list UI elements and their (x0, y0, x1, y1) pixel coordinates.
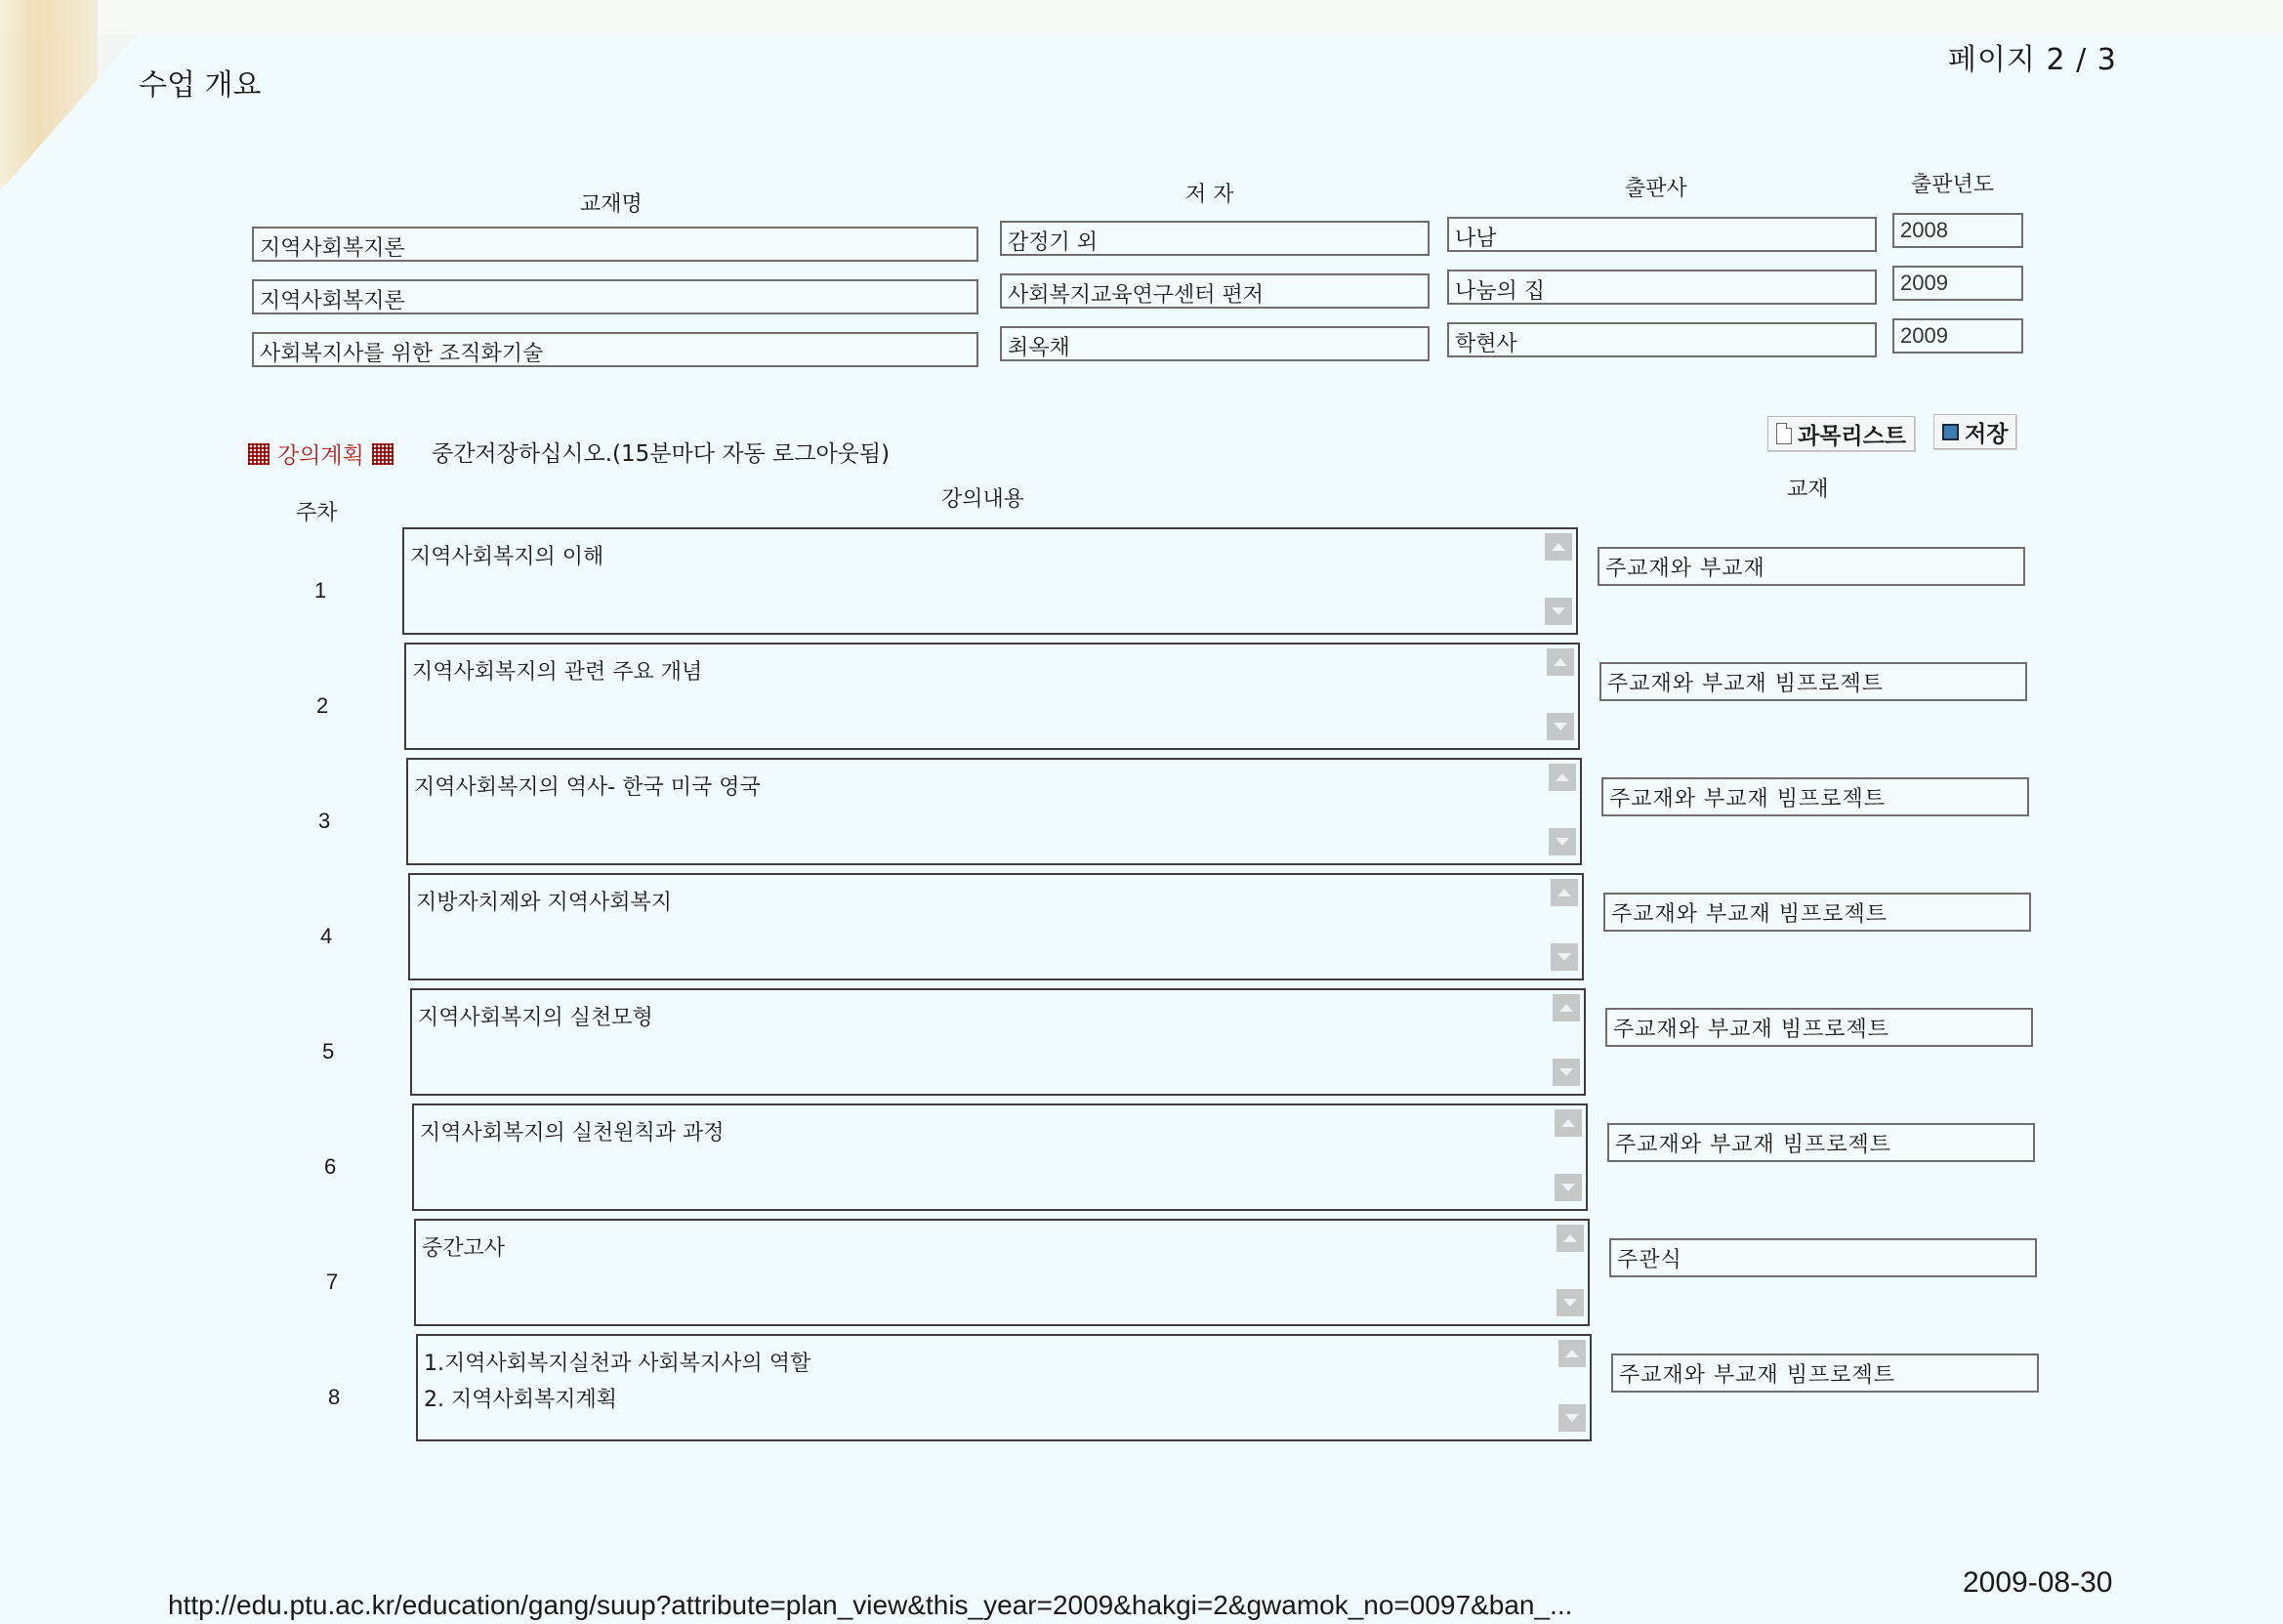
week-number: 4 (320, 924, 332, 949)
grid-bullet-icon (372, 443, 394, 465)
lecture-content-textarea[interactable]: 지역사회복지의 이해 (402, 527, 1578, 635)
course-list-button[interactable]: 과목리스트 (1767, 416, 1915, 451)
lecture-content-text: 중간고사 (422, 1230, 1582, 1267)
document-icon (1776, 423, 1792, 444)
textbook-year-field[interactable]: 2009 (1892, 266, 2023, 301)
lecture-plan-title: 강의계획 (277, 437, 364, 470)
lecture-content-textarea[interactable]: 지역사회복지의 역사- 한국 미국 영국 (406, 758, 1582, 865)
lecture-material-field[interactable]: 주교재와 부교재 빔프로젝트 (1599, 662, 2027, 701)
textbook-author-field[interactable]: 최옥채 (1000, 326, 1430, 361)
lecture-content-textarea[interactable]: 지역사회복지의 실천원칙과 과정 (412, 1103, 1588, 1211)
lecture-material-field[interactable]: 주교재와 부교재 빔프로젝트 (1601, 777, 2029, 816)
textbook-name-field[interactable]: 사회복지사를 위한 조직화기술 (252, 332, 978, 367)
textbook-year-field[interactable]: 2008 (1892, 213, 2023, 248)
lecture-material-field[interactable]: 주교재와 부교재 빔프로젝트 (1607, 1123, 2035, 1162)
lecture-content-text: 지역사회복지의 이해 (410, 539, 1570, 575)
header-material: 교재 (1787, 473, 1829, 503)
lecture-material-field[interactable]: 주교재와 부교재 빔프로젝트 (1603, 893, 2031, 932)
textbook-publisher-field[interactable]: 학현사 (1447, 322, 1877, 357)
header-author: 저 자 (1185, 178, 1234, 208)
week-number: 3 (318, 809, 330, 834)
week-number: 2 (316, 693, 328, 719)
lecture-material-field[interactable]: 주교재와 부교재 빔프로젝트 (1605, 1008, 2033, 1047)
lecture-content-text: 지방자치제와 지역사회복지 (416, 885, 1576, 921)
scroll-up-arrow-icon[interactable] (1557, 1225, 1584, 1252)
scan-background (0, 0, 2283, 35)
textbook-year-field[interactable]: 2009 (1892, 318, 2023, 354)
scroll-up-arrow-icon[interactable] (1549, 764, 1576, 791)
lecture-content-text: 1.지역사회복지실천과 사회복지사의 역할 2. 지역사회복지계획 (424, 1346, 1584, 1419)
week-number: 8 (328, 1385, 340, 1410)
print-date: 2009-08-30 (1963, 1566, 2112, 1600)
scroll-up-arrow-icon[interactable] (1553, 994, 1580, 1021)
scroll-down-arrow-icon[interactable] (1551, 943, 1578, 971)
scroll-down-arrow-icon[interactable] (1553, 1059, 1580, 1086)
lecture-content-text: 지역사회복지의 실천모형 (418, 1000, 1578, 1036)
scroll-up-arrow-icon[interactable] (1558, 1340, 1586, 1367)
page-indicator: 페이지 2 / 3 (1948, 35, 2117, 78)
lecture-content-text: 지역사회복지의 관련 주요 개념 (412, 654, 1572, 690)
lecture-content-textarea[interactable]: 지역사회복지의 실천모형 (410, 988, 1586, 1096)
lecture-plan-label: 강의계획 (248, 437, 394, 470)
lecture-content-text: 지역사회복지의 실천원칙과 과정 (420, 1115, 1580, 1151)
scroll-down-arrow-icon[interactable] (1547, 713, 1574, 740)
scroll-down-arrow-icon[interactable] (1558, 1404, 1586, 1432)
header-publisher: 출판사 (1625, 172, 1687, 202)
textbook-author-field[interactable]: 감정기 외 (1000, 221, 1430, 256)
lecture-content-textarea[interactable]: 중간고사 (414, 1219, 1590, 1326)
header-textbook-name: 교재명 (580, 187, 643, 218)
lecture-content-textarea[interactable]: 지방자치제와 지역사회복지 (408, 873, 1584, 980)
page-url: http://edu.ptu.ac.kr/education/gang/suup… (168, 1590, 1572, 1621)
textbook-publisher-field[interactable]: 나남 (1447, 217, 1877, 252)
scroll-down-arrow-icon[interactable] (1549, 828, 1576, 855)
header-week: 주차 (296, 496, 338, 526)
lecture-material-field[interactable]: 주교재와 부교재 빔프로젝트 (1611, 1353, 2039, 1393)
save-button[interactable]: 저장 (1933, 414, 2016, 449)
lecture-material-field[interactable]: 주관식 (1609, 1238, 2037, 1277)
scroll-down-arrow-icon[interactable] (1555, 1174, 1582, 1201)
scroll-up-arrow-icon[interactable] (1545, 533, 1572, 561)
scroll-up-arrow-icon[interactable] (1551, 879, 1578, 906)
week-number: 1 (314, 578, 326, 604)
lecture-content-textarea[interactable]: 1.지역사회복지실천과 사회복지사의 역할 2. 지역사회복지계획 (416, 1334, 1592, 1441)
header-year: 출판년도 (1911, 168, 1994, 198)
lecture-content-textarea[interactable]: 지역사회복지의 관련 주요 개념 (404, 643, 1580, 750)
header-content: 강의내용 (941, 482, 1024, 513)
week-number: 5 (322, 1039, 334, 1064)
textbook-name-field[interactable]: 지역사회복지론 (252, 279, 978, 314)
textbook-name-field[interactable]: 지역사회복지론 (252, 227, 978, 262)
textbook-publisher-field[interactable]: 나눔의 집 (1447, 270, 1877, 305)
textbook-author-field[interactable]: 사회복지교육연구센터 편저 (1000, 273, 1430, 309)
save-icon (1942, 424, 1959, 440)
course-list-label: 과목리스트 (1798, 418, 1906, 450)
scroll-down-arrow-icon[interactable] (1545, 598, 1572, 625)
scroll-up-arrow-icon[interactable] (1555, 1109, 1582, 1137)
page-title: 수업 개요 (139, 61, 261, 104)
scroll-up-arrow-icon[interactable] (1547, 648, 1574, 676)
lecture-material-field[interactable]: 주교재와 부교재 (1598, 547, 2025, 586)
week-number: 7 (326, 1270, 338, 1295)
week-number: 6 (324, 1154, 336, 1180)
autosave-notice: 중간저장하십시오.(15분마다 자동 로그아웃됨) (432, 436, 890, 468)
scroll-down-arrow-icon[interactable] (1557, 1289, 1584, 1316)
grid-bullet-icon (248, 443, 270, 465)
lecture-content-text: 지역사회복지의 역사- 한국 미국 영국 (414, 770, 1574, 806)
save-label: 저장 (1965, 416, 2008, 448)
